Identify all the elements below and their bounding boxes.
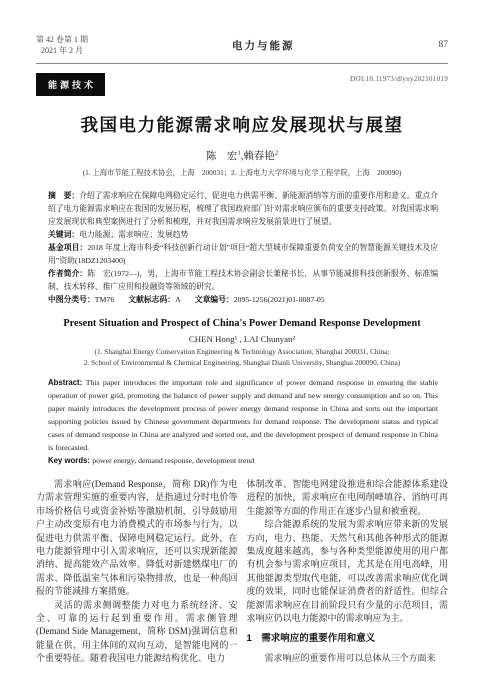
doc-code-value: A (175, 295, 181, 304)
abstract-en: Abstract: This paper introduces the impo… (48, 376, 438, 454)
keywords-zh-text: 电力能源；需求响应；发展趋势 (79, 230, 188, 239)
issue-date: 2021 年 2 月 (36, 45, 88, 56)
body-paragraph: 需求响应的重要作用可以总体从三个方面来 (247, 652, 449, 665)
clc-label: 中图分类号： (48, 295, 95, 304)
clc-value: TM76 (95, 295, 115, 304)
keywords-en: Key words: power energy, demand response… (48, 454, 438, 467)
journal-header: 第 42 卷第 1 期 2021 年 2 月 电力与能源 87 (36, 34, 448, 56)
affiliation-en: (1. Shanghai Energy Conservation Enginee… (36, 347, 448, 368)
abstract-zh: 摘 要：介绍了需求响应在保障电网稳定运行、促进电力供需平衡、新能源消纳等方面的重… (48, 189, 438, 228)
article-id-value: 2095-1256(2021)01-0087-05 (234, 295, 325, 304)
badge-row: 能源技术 DOI:10.11973/dlyny202101019 (36, 73, 448, 96)
volume-issue-date: 第 42 卷第 1 期 2021 年 2 月 (36, 34, 88, 56)
body-paragraph: 灵活的需求侧调整能力对电力系统经济、安全、可靠的运行起到重要作用。需求侧管理(D… (36, 599, 238, 666)
keywords-zh-label: 关键词： (48, 230, 79, 239)
author-1-name: 陈 宏 (206, 151, 238, 162)
author-bio-label: 作者简介： (48, 269, 87, 278)
keywords-en-text: power energy, demand response, developme… (92, 456, 254, 465)
body-paragraph: 综合能源系统的发展为需求响应带来新的发展方向，电力、热能、天然气和其他各种形式的… (247, 518, 449, 625)
authors-en: CHEN Hong¹ , LAI Chunyan² (36, 334, 448, 344)
article-id-label: 文章编号： (195, 295, 234, 304)
article-title-zh: 我国电力能源需求响应发展现状与展望 (36, 112, 448, 137)
abstract-en-block: Abstract: This paper introduces the impo… (48, 376, 438, 467)
doi-text: DOI:10.11973/dlyny202101019 (350, 75, 448, 83)
keywords-en-label: Key words: (48, 456, 92, 465)
author-bio: 作者简介：陈 宏(1972—)，男，上海市节能工程技术协会副会长兼秘书长，从事节… (48, 267, 438, 293)
doc-code-label: 文献标志码： (128, 295, 175, 304)
abstract-zh-text: 介绍了需求响应在保障电网稳定运行、促进电力供需平衡、新能源消纳等方面的重要作用和… (48, 191, 438, 226)
body-paragraph-continued: 体制改革、智能电网建设推进和综合能源体系建设进程的加快，需求响应在电网削峰填谷、… (247, 478, 449, 518)
page-number: 87 (439, 40, 449, 50)
paper-page: 第 42 卷第 1 期 2021 年 2 月 电力与能源 87 能源技术 DOI… (0, 0, 480, 679)
article-title-en: Present Situation and Prospect of China'… (36, 318, 448, 329)
header-rule (36, 63, 448, 64)
body-paragraph: 需求响应(Demand Response，简称 DR)作为电力需求管理实施的重要… (36, 478, 238, 599)
author-2-sup: 2 (275, 150, 278, 157)
left-column: 需求响应(Demand Response，简称 DR)作为电力需求管理实施的重要… (36, 478, 238, 666)
funding-note: 基金项目：2018 年度上海市科委“科技创新行动计划”项目“超大型城市保障重要负… (48, 241, 438, 267)
keywords-zh: 关键词：电力能源；需求响应；发展趋势 (48, 228, 438, 241)
meta-block-zh: 摘 要：介绍了需求响应在保障电网稳定运行、促进电力供需平衡、新能源消纳等方面的重… (48, 189, 438, 306)
right-column: 体制改革、智能电网建设推进和综合能源体系建设进程的加快，需求响应在电网削峰填谷、… (247, 478, 449, 666)
funding-text: 2018 年度上海市科委“科技创新行动计划”项目“超大型城市保障重要负荷安全的智… (48, 243, 438, 265)
section-badge: 能源技术 (36, 73, 105, 96)
volume-issue: 第 42 卷第 1 期 (36, 34, 88, 45)
authors-zh: 陈 宏1,赖春艳2 (36, 148, 448, 163)
abstract-en-label: Abstract: (48, 378, 86, 387)
abstract-en-text: This paper introduces the important role… (48, 378, 438, 452)
affiliation-zh: (1. 上海市节能工程技术协会，上海 200031；2. 上海电力大学环境与化学… (36, 168, 448, 178)
abstract-zh-label: 摘 要： (48, 191, 79, 200)
author-bio-text: 陈 宏(1972—)，男，上海市节能工程技术协会副会长兼秘书长，从事节能减排科技… (48, 269, 438, 291)
funding-label: 基金项目： (48, 243, 87, 252)
body-columns: 需求响应(Demand Response，简称 DR)作为电力需求管理实施的重要… (36, 478, 448, 666)
author-2-name: 赖春艳 (243, 151, 275, 162)
affiliation-en-line2: 2. School of Environmental & Chemical En… (36, 358, 448, 369)
journal-name: 电力与能源 (232, 38, 295, 53)
affiliation-en-line1: (1. Shanghai Energy Conservation Enginee… (36, 347, 448, 358)
classification-line: 中图分类号：TM76文献标志码：A文章编号：2095-1256(2021)01-… (48, 293, 438, 306)
section-1-heading: 1 需求响应的重要作用和意义 (247, 632, 449, 645)
